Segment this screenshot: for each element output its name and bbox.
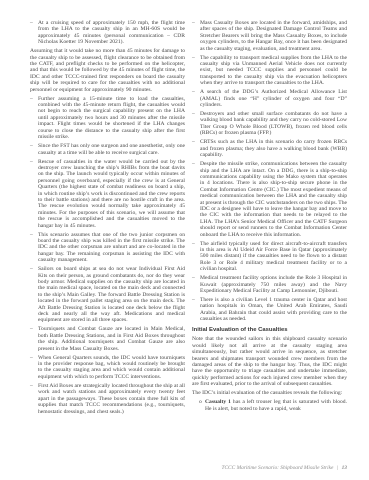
block-text: Medical treatment facility options inclu… [200,275,347,294]
bullet-item: –Further assuming a 15-minute time to lo… [30,96,185,141]
block-text: At a cruising speed of approximately 150… [38,20,185,45]
bullet-marker: – [192,241,195,247]
bullet-item: –The capability to transport medical sup… [192,55,347,87]
bullet-marker: – [30,232,33,238]
bullet-marker: – [192,275,195,281]
bullet-item: –Rescue of casualties in the water would… [30,159,185,229]
bullet-item: –Tourniquets and Combat Gauze are locate… [30,326,185,352]
block-text: A search of the DDG’s Authorized Medical… [200,89,347,108]
page-number: 13 [342,465,347,471]
block-text: Assuming that it would take no more than… [30,48,185,92]
bullet-marker: – [30,159,33,165]
page-footer: TCCC Maritime Scenario: Shipboard Missil… [221,465,347,471]
footer-title: TCCC Maritime Scenario: Shipboard Missil… [221,465,333,471]
block-text: Mass Casualty Boxes are located in the f… [200,20,347,52]
bullet-marker: – [192,297,195,303]
bullet-item: –The airfield typically used for direct … [192,241,347,273]
paragraph: Assuming that it would take no more than… [30,48,185,93]
block-text: Further assuming a 15-minute time to loa… [38,96,185,140]
bullet-marker: – [30,326,33,332]
left-column: –At a cruising speed of approximately 15… [30,20,185,418]
bullet-marker: – [192,111,195,117]
bullet-marker: – [192,20,195,26]
bullet-marker: – [30,355,33,361]
bullet-item: –Mass Casualty Boxes are located in the … [192,20,347,52]
paragraph: Note that the wounded sailors in this sh… [192,336,347,387]
page-content: –At a cruising speed of approximately 15… [30,20,347,418]
bullet-item: –CRTSs such as the LHA in this scenario … [192,139,347,158]
bullet-marker: – [192,55,195,61]
bullet-marker: o [199,399,202,405]
bullet-item: –Medical treatment facility options incl… [192,275,347,294]
block-text: This scenario assumes that one of the tw… [38,232,185,264]
bullet-item: –There is also a civilian Level 1 trauma… [192,297,347,323]
bullet-marker: – [192,89,195,95]
block-text: Destroyers and other small surface comba… [200,111,347,136]
bullet-item: –Since the FST has only one surgeon and … [30,143,185,156]
footer-separator: | [337,465,338,471]
bullet-item: –This scenario assumes that one of the t… [30,232,185,264]
bullet-marker: – [192,139,195,145]
block-text: CRTSs such as the LHA in this scenario d… [200,139,347,158]
block-text: First Aid Boxes are strategically locate… [38,383,185,415]
bullet-item: –Sailors on board ships at sea do not we… [30,266,185,324]
paragraph: The IDC’s initial evaluation of the casu… [192,390,347,396]
block-text: The IDC’s initial evaluation of the casu… [192,390,342,396]
block-text: Note that the wounded sailors in this sh… [192,336,347,387]
document-page: –At a cruising speed of approximately 15… [0,0,369,480]
bullet-marker: – [30,143,33,149]
block-text: Despite the missile strike, communicatio… [200,161,347,237]
right-column: –Mass Casualty Boxes are located in the … [192,20,347,418]
bullet-marker: – [30,266,33,272]
bullet-item: –At a cruising speed of approximately 15… [30,20,185,46]
section-heading: Initial Evaluation of the Casualties [192,327,347,334]
bold-lead: Casualty 1 [205,399,231,405]
block-text: When General Quarters sounds, the IDC wo… [38,355,185,380]
block-text: The airfield typically used for direct a… [200,241,347,273]
block-text: Initial Evaluation of the Casualties [192,327,288,333]
bullet-marker: – [192,161,195,167]
bullet-item: –Despite the missile strike, communicati… [192,161,347,238]
bullet-item: –When General Quarters sounds, the IDC w… [30,355,185,381]
bullet-item: –A search of the DDG’s Authorized Medica… [192,89,347,108]
bullet-marker: – [30,20,33,26]
bullet-marker: – [30,96,33,102]
block-text: There is also a civilian Level 1 trauma … [200,297,347,322]
sub-bullet-item: oCasualty 1 has a left trouser leg that … [192,399,347,412]
block-text: Since the FST has only one surgeon and o… [38,143,185,155]
bullet-item: –First Aid Boxes are strategically locat… [30,383,185,415]
block-text: Sailors on board ships at sea do not wea… [38,266,185,323]
block-text: The capability to transport medical supp… [200,55,347,87]
bullet-marker: – [30,383,33,389]
block-text: Tourniquets and Combat Gauze are located… [38,326,185,351]
bullet-item: –Destroyers and other small surface comb… [192,111,347,137]
block-text: Rescue of casualties in the water would … [38,159,185,229]
